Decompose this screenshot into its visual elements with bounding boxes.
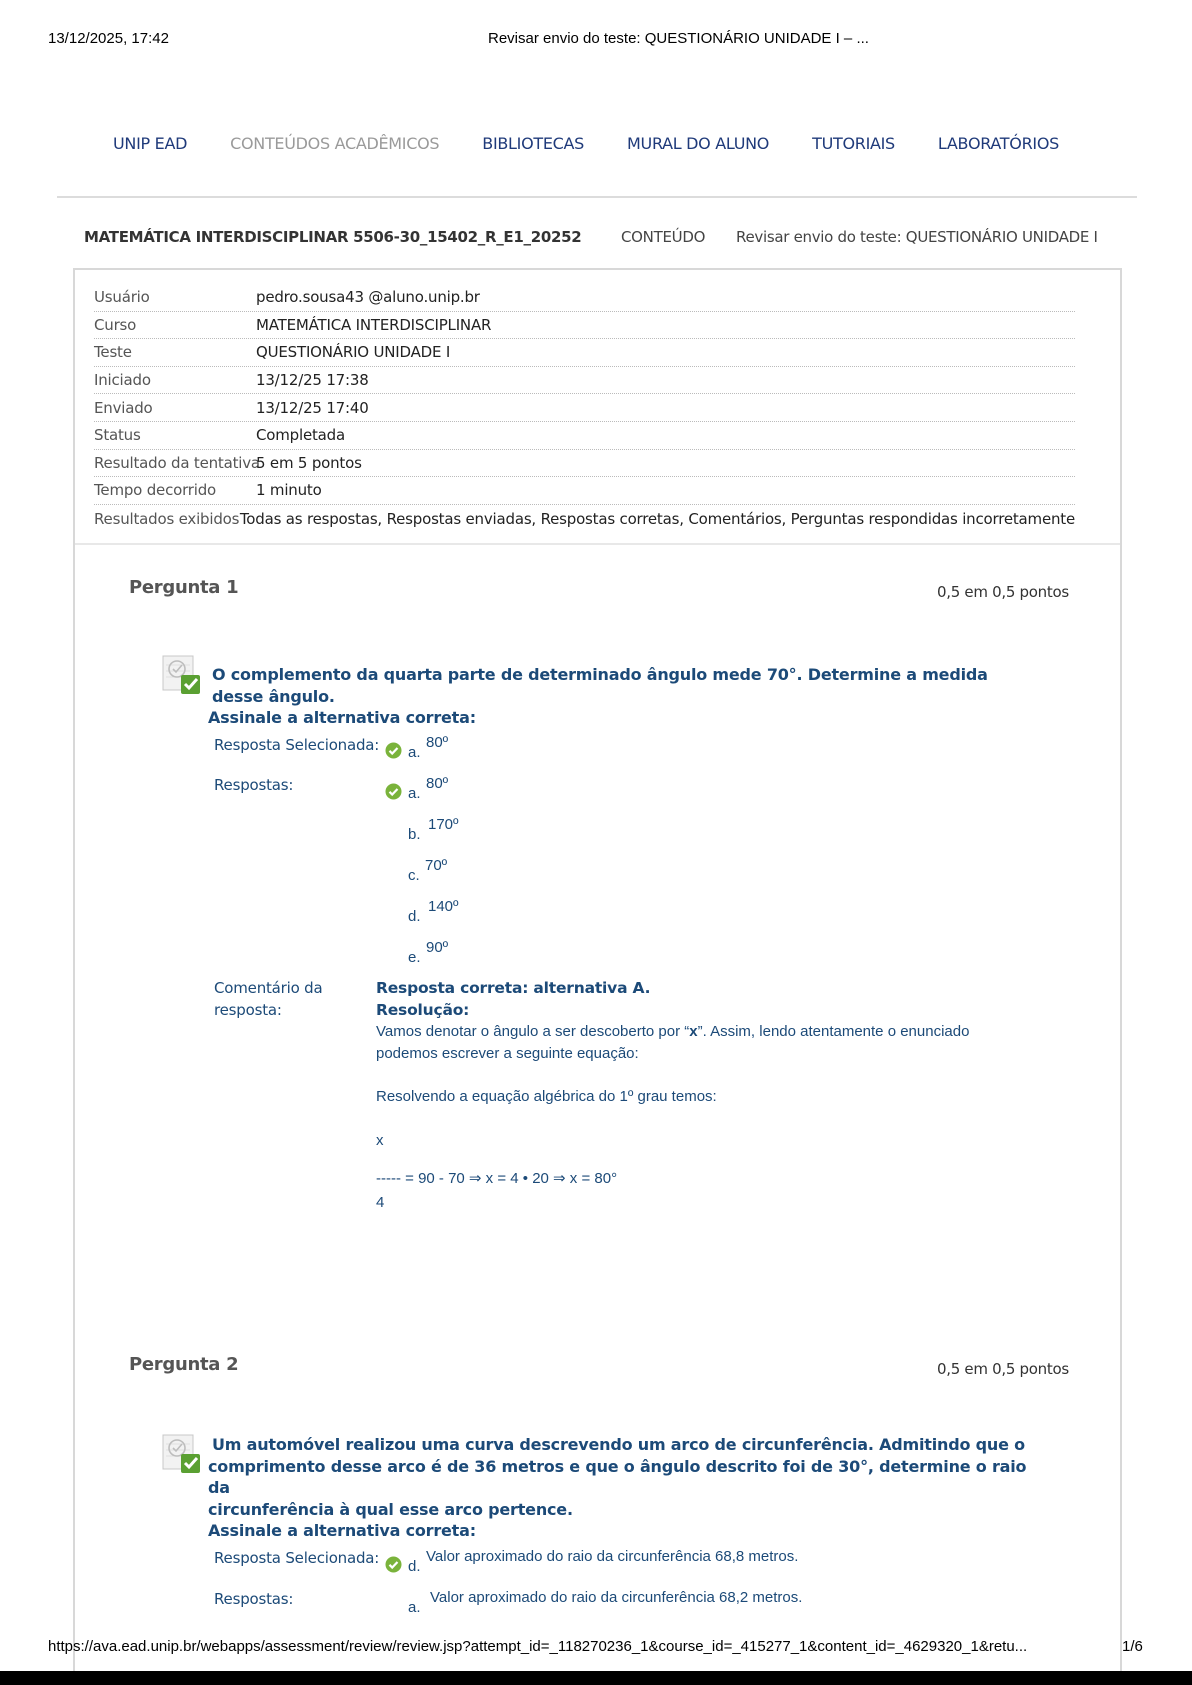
top-navigation: UNIP EAD CONTEÚDOS ACADÊMICOS BIBLIOTECA… <box>113 134 1102 153</box>
breadcrumb-current: Revisar envio do teste: QUESTIONÁRIO UNI… <box>736 228 1098 246</box>
comment-text: podemos escrever a seguinte equação: <box>376 1043 1056 1065</box>
answer-letter: b. <box>408 826 421 843</box>
nav-mural-do-aluno[interactable]: MURAL DO ALUNO <box>627 134 769 153</box>
breadcrumb-content[interactable]: CONTEÚDO <box>621 228 705 246</box>
attempt-summary: Usuário pedro.sousa43 @aluno.unip.br Cur… <box>75 270 1120 545</box>
comment-intro: Vamos denotar o ângulo a ser descoberto … <box>376 1021 1056 1043</box>
summary-value: 5 em 5 pontos <box>256 454 362 472</box>
answer-value: 140º <box>428 898 459 915</box>
comment-label-line: Comentário da <box>214 978 322 1000</box>
summary-row-status: Status Completada <box>94 422 1075 450</box>
summary-value: Todas as respostas, Respostas enviadas, … <box>240 510 1075 528</box>
equation-numerator: x <box>376 1130 384 1152</box>
print-date: 13/12/2025, 17:42 <box>48 30 169 47</box>
answers-label: Respostas: <box>214 1590 293 1608</box>
answer-value: 90º <box>426 939 448 956</box>
summary-label: Resultados exibidos <box>94 510 240 528</box>
summary-value: QUESTIONÁRIO UNIDADE I <box>256 343 450 361</box>
question-text-line: O complemento da quarta parte de determi… <box>208 664 1028 707</box>
nav-conteudos-academicos[interactable]: CONTEÚDOS ACADÊMICOS <box>230 134 439 153</box>
question-title: Pergunta 2 <box>129 1354 238 1375</box>
question-title: Pergunta 1 <box>129 577 238 598</box>
breadcrumb-course[interactable]: MATEMÁTICA INTERDISCIPLINAR 5506-30_1540… <box>84 228 581 246</box>
summary-value: 13/12/25 17:38 <box>256 371 369 389</box>
question-points: 0,5 em 0,5 pontos <box>937 1360 1069 1378</box>
answer-letter: a. <box>408 785 421 802</box>
summary-label: Usuário <box>94 288 256 306</box>
question-text-line: Assinale a alternativa correta: <box>208 707 1028 729</box>
question-text-line: Assinale a alternativa correta: <box>208 1520 1028 1542</box>
nav-tutoriais[interactable]: TUTORIAIS <box>812 134 895 153</box>
summary-value: 1 minuto <box>256 481 322 499</box>
summary-value: 13/12/25 17:40 <box>256 399 369 417</box>
print-url: https://ava.ead.unip.br/webapps/assessme… <box>48 1638 1027 1655</box>
nav-laboratorios[interactable]: LABORATÓRIOS <box>938 134 1059 153</box>
summary-label: Status <box>94 426 256 444</box>
answer-letter: d. <box>408 1558 421 1575</box>
answer-letter: c. <box>408 867 420 884</box>
summary-label: Iniciado <box>94 371 256 389</box>
summary-row-usuario: Usuário pedro.sousa43 @aluno.unip.br <box>94 284 1075 312</box>
answer-value: Valor aproximado do raio da circunferênc… <box>430 1589 802 1606</box>
nav-bibliotecas[interactable]: BIBLIOTECAS <box>482 134 584 153</box>
answer-value: 70º <box>425 857 447 874</box>
summary-row-tempo: Tempo decorrido 1 minuto <box>94 477 1075 505</box>
answers-label: Respostas: <box>214 776 293 794</box>
correct-check-icon <box>385 783 402 800</box>
summary-row-enviado: Enviado 13/12/25 17:40 <box>94 394 1075 422</box>
comment-heading: Resposta correta: alternativa A. <box>376 978 1056 1000</box>
summary-value: MATEMÁTICA INTERDISCIPLINAR <box>256 316 491 334</box>
summary-value: pedro.sousa43 @aluno.unip.br <box>256 288 480 306</box>
question-text-line: Um automóvel realizou uma curva descreve… <box>208 1434 1028 1456</box>
summary-label: Resultado da tentativa <box>94 454 256 472</box>
question-text: O complemento da quarta parte de determi… <box>208 664 1028 729</box>
summary-row-resultado: Resultado da tentativa 5 em 5 pontos <box>94 450 1075 478</box>
question-text-line: comprimento desse arco é de 36 metros e … <box>208 1456 1028 1499</box>
answer-value: 80º <box>426 775 448 792</box>
question-text: Um automóvel realizou uma curva descreve… <box>208 1434 1028 1542</box>
nav-divider <box>57 196 1137 198</box>
correct-question-icon <box>161 1434 201 1474</box>
summary-label: Enviado <box>94 399 256 417</box>
question-points: 0,5 em 0,5 pontos <box>937 583 1069 601</box>
summary-label: Curso <box>94 316 256 334</box>
nav-unip-ead[interactable]: UNIP EAD <box>113 134 187 153</box>
print-title: Revisar envio do teste: QUESTIONÁRIO UNI… <box>488 30 869 47</box>
equation-denominator: 4 <box>376 1192 384 1214</box>
summary-value: Completada <box>256 426 345 444</box>
answer-comment: Resposta correta: alternativa A. Resoluç… <box>376 978 1056 1064</box>
print-page-number: 1/6 <box>1122 1638 1143 1655</box>
comment-variable: x <box>689 1023 697 1040</box>
selected-answer-label: Resposta Selecionada: <box>214 1549 379 1567</box>
equation-line: ----- = 90 - 70 ⇒ x = 4 • 20 ⇒ x = 80° <box>376 1168 617 1190</box>
correct-check-icon <box>385 1556 402 1573</box>
summary-label: Teste <box>94 343 256 361</box>
comment-label: Comentário da resposta: <box>214 978 322 1021</box>
print-footer: https://ava.ead.unip.br/webapps/assessme… <box>0 1638 1192 1658</box>
comment-label-line: resposta: <box>214 1000 322 1022</box>
answer-value: 80º <box>426 734 448 751</box>
comment-subheading: Resolução: <box>376 1000 1056 1022</box>
question-text-line: circunferência à qual esse arco pertence… <box>208 1499 1028 1521</box>
correct-check-icon <box>385 742 402 759</box>
summary-table: Usuário pedro.sousa43 @aluno.unip.br Cur… <box>94 284 1075 532</box>
answer-letter: d. <box>408 908 421 925</box>
page-bottom-edge <box>0 1671 1192 1685</box>
summary-row-resultados-exibidos: Resultados exibidos Todas as respostas, … <box>94 505 1075 533</box>
comment-text: ”. Assim, lendo atentamente o enunciado <box>698 1023 970 1040</box>
comment-text: Vamos denotar o ângulo a ser descoberto … <box>376 1023 689 1040</box>
summary-row-curso: Curso MATEMÁTICA INTERDISCIPLINAR <box>94 312 1075 340</box>
answer-value: 170º <box>428 816 459 833</box>
answer-letter: e. <box>408 949 421 966</box>
summary-label: Tempo decorrido <box>94 481 256 499</box>
answer-value: Valor aproximado do raio da circunferênc… <box>426 1548 798 1565</box>
review-container: Usuário pedro.sousa43 @aluno.unip.br Cur… <box>73 268 1122 1685</box>
summary-row-iniciado: Iniciado 13/12/25 17:38 <box>94 367 1075 395</box>
summary-row-teste: Teste QUESTIONÁRIO UNIDADE I <box>94 339 1075 367</box>
correct-question-icon <box>161 655 201 695</box>
print-header: 13/12/2025, 17:42 Revisar envio do teste… <box>0 30 1192 52</box>
answer-letter: a. <box>408 1599 421 1616</box>
answer-letter: a. <box>408 744 421 761</box>
selected-answer-label: Resposta Selecionada: <box>214 736 379 754</box>
comment-solve-text: Resolvendo a equação algébrica do 1º gra… <box>376 1086 717 1108</box>
